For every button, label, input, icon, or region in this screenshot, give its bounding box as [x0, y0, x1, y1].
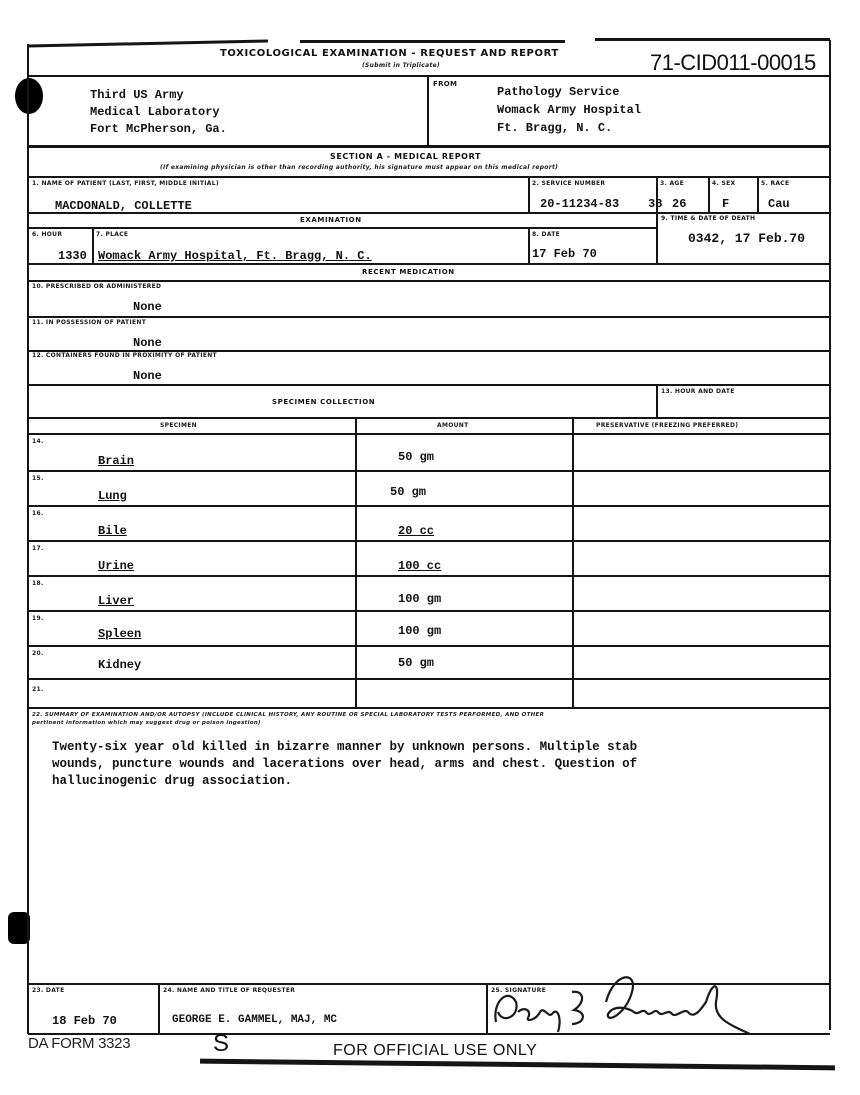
- summary-text-line2: wounds, puncture wounds and lacerations …: [52, 757, 637, 771]
- section-a-title: SECTION A - MEDICAL REPORT: [330, 152, 481, 161]
- specimen-name: Bile: [98, 524, 127, 538]
- possession-label: 11. IN POSSESSION OF PATIENT: [32, 319, 146, 326]
- summary-text-line1: Twenty-six year old killed in bizarre ma…: [52, 740, 637, 754]
- specimen-amount: 20 cc: [398, 524, 434, 538]
- official-use-label: FOR OFFICIAL USE ONLY: [333, 1042, 537, 1060]
- form-title: TOXICOLOGICAL EXAMINATION - REQUEST AND …: [220, 48, 559, 59]
- rule: [92, 227, 94, 264]
- from-line2: Womack Army Hospital: [497, 103, 641, 117]
- hour-value: 1330: [58, 249, 87, 263]
- specimen-name: Brain: [98, 454, 134, 468]
- service-number: 20-11234-83: [540, 197, 619, 211]
- row-number: 18.: [32, 580, 44, 587]
- rule: [28, 1033, 830, 1035]
- requester-label: 24. NAME AND TITLE OF REQUESTER: [163, 987, 295, 994]
- summary-text-line3: hallucinogenic drug association.: [52, 774, 292, 788]
- form-number: DA FORM 3323: [28, 1035, 130, 1052]
- patient-name-label: 1. NAME OF PATIENT (Last, first, middle …: [32, 180, 219, 187]
- column-preservative: PRESERVATIVE (Freezing preferred): [596, 422, 738, 429]
- row-number: 15.: [32, 475, 44, 482]
- from-line1: Pathology Service: [497, 85, 619, 99]
- row-number: 16.: [32, 510, 44, 517]
- from-label: FROM: [433, 80, 457, 88]
- specimen-name: Kidney: [98, 658, 141, 672]
- top-rule-mid: [300, 40, 565, 43]
- rule: [427, 75, 429, 146]
- specimen-row-spleen: 19. Spleen 100 gm: [28, 612, 830, 645]
- specimen-amount: 100 cc: [398, 559, 441, 573]
- rule: [656, 384, 658, 418]
- rule: [28, 316, 830, 318]
- death-label: 9. TIME & DATE OF DEATH: [661, 215, 755, 222]
- examination-header: EXAMINATION: [300, 216, 362, 224]
- to-line2: Medical Laboratory: [90, 105, 220, 119]
- row-number: 14.: [32, 438, 44, 445]
- place-value: Womack Army Hospital, Ft. Bragg, N. C.: [98, 249, 372, 263]
- service-number-label: 2. SERVICE NUMBER: [532, 180, 605, 187]
- hour-label: 6. HOUR: [32, 231, 62, 238]
- rule: [656, 176, 658, 264]
- specimen-amount: 50 gm: [398, 450, 434, 464]
- footer-date-label: 23. DATE: [32, 987, 64, 994]
- specimen-name: Spleen: [98, 627, 141, 641]
- patient-name: MACDONALD, COLLETTE: [55, 199, 192, 213]
- specimen-name: Lung: [98, 489, 127, 503]
- possession-value: None: [133, 336, 162, 350]
- punch-hole-top: [15, 78, 43, 114]
- rule: [158, 983, 160, 1033]
- specimen-amount: 50 gm: [390, 485, 426, 499]
- containers-value: None: [133, 369, 162, 383]
- age-value: 26: [672, 197, 686, 211]
- rule: [28, 280, 830, 282]
- top-rule-left: [28, 39, 268, 47]
- rule: [708, 176, 710, 212]
- specimen-amount: 100 gm: [398, 624, 441, 638]
- rule: [28, 263, 830, 265]
- containers-label: 12. CONTAINERS FOUND IN PROXIMITY OF PAT…: [32, 352, 217, 359]
- document-number: 71-CID011-00015: [650, 50, 816, 76]
- rule: [28, 212, 830, 214]
- signature-scribble: George E Gammel: [488, 962, 788, 1042]
- rule: [528, 176, 530, 212]
- rule: [28, 145, 830, 148]
- age-label: 3. AGE: [660, 180, 684, 187]
- rule: [28, 227, 656, 229]
- specimen-name: Urine: [98, 559, 134, 573]
- rule: [28, 417, 830, 419]
- footer-date: 18 Feb 70: [52, 1014, 117, 1028]
- specimen-row-urine: 17. Urine 100 cc: [28, 542, 830, 575]
- row-number: 19.: [32, 615, 44, 622]
- prescribed-label: 10. PRESCRIBED OR ADMINISTERED: [32, 283, 161, 290]
- rule: [28, 75, 830, 77]
- death-value: 0342, 17 Feb.70: [688, 231, 805, 246]
- date-label: 8. DATE: [532, 231, 560, 238]
- specimen-amount: 100 gm: [398, 592, 441, 606]
- row-number: 20.: [32, 650, 44, 657]
- sex-label: 4. SEX: [712, 180, 735, 187]
- rule: [28, 707, 830, 709]
- specimen-row-liver: 18. Liver 100 gm: [28, 577, 830, 610]
- specimen-name: Liver: [98, 594, 134, 608]
- hour-date-label: 13. HOUR AND DATE: [661, 388, 735, 395]
- place-label: 7. PLACE: [96, 231, 128, 238]
- column-specimen: SPECIMEN: [160, 422, 197, 429]
- race-value: Cau: [768, 197, 790, 211]
- rule: [28, 384, 830, 386]
- prescribed-value: None: [133, 300, 162, 314]
- summary-label-line1: 22. SUMMARY OF EXAMINATION AND/OR AUTOPS…: [32, 712, 544, 718]
- sex-value: F: [722, 197, 729, 211]
- specimen-collection-header: SPECIMEN COLLECTION: [272, 398, 375, 406]
- top-rule-right: [595, 38, 830, 41]
- requester-value: GEORGE E. GAMMEL, MAJ, MC: [172, 1014, 337, 1026]
- summary-label-line2: pertinent information which may suggest …: [32, 720, 261, 726]
- rule: [528, 227, 530, 264]
- specimen-row-lung: 15. Lung 50 gm: [28, 472, 830, 505]
- from-line3: Ft. Bragg, N. C.: [497, 121, 612, 135]
- form-subtitle: (Submit in Triplicate): [362, 62, 440, 69]
- svg-text:George E Gammel: George E Gammel: [638, 981, 647, 983]
- specimen-row-brain: 14. Brain 50 gm: [28, 435, 830, 470]
- date-value: 17 Feb 70: [532, 247, 597, 261]
- column-amount: AMOUNT: [437, 422, 469, 429]
- row-number: 17.: [32, 545, 44, 552]
- bottom-rule: [200, 1059, 835, 1071]
- recent-medication-header: RECENT MEDICATION: [362, 268, 455, 276]
- rule: [757, 176, 759, 212]
- section-a-note: (If examining physician is other than re…: [160, 164, 558, 171]
- race-label: 5. RACE: [761, 180, 789, 187]
- specimen-amount: 50 gm: [398, 656, 434, 670]
- specimen-row-bile: 16. Bile 20 cc: [28, 507, 830, 540]
- to-line3: Fort McPherson, Ga.: [90, 122, 227, 136]
- row-number: 21.: [32, 686, 44, 693]
- specimen-row-kidney: 20. Kidney 50 gm: [28, 647, 830, 678]
- to-line1: Third US Army: [90, 88, 184, 102]
- specimen-row-empty: 21.: [28, 680, 830, 707]
- stamp-letter: S: [213, 1030, 229, 1058]
